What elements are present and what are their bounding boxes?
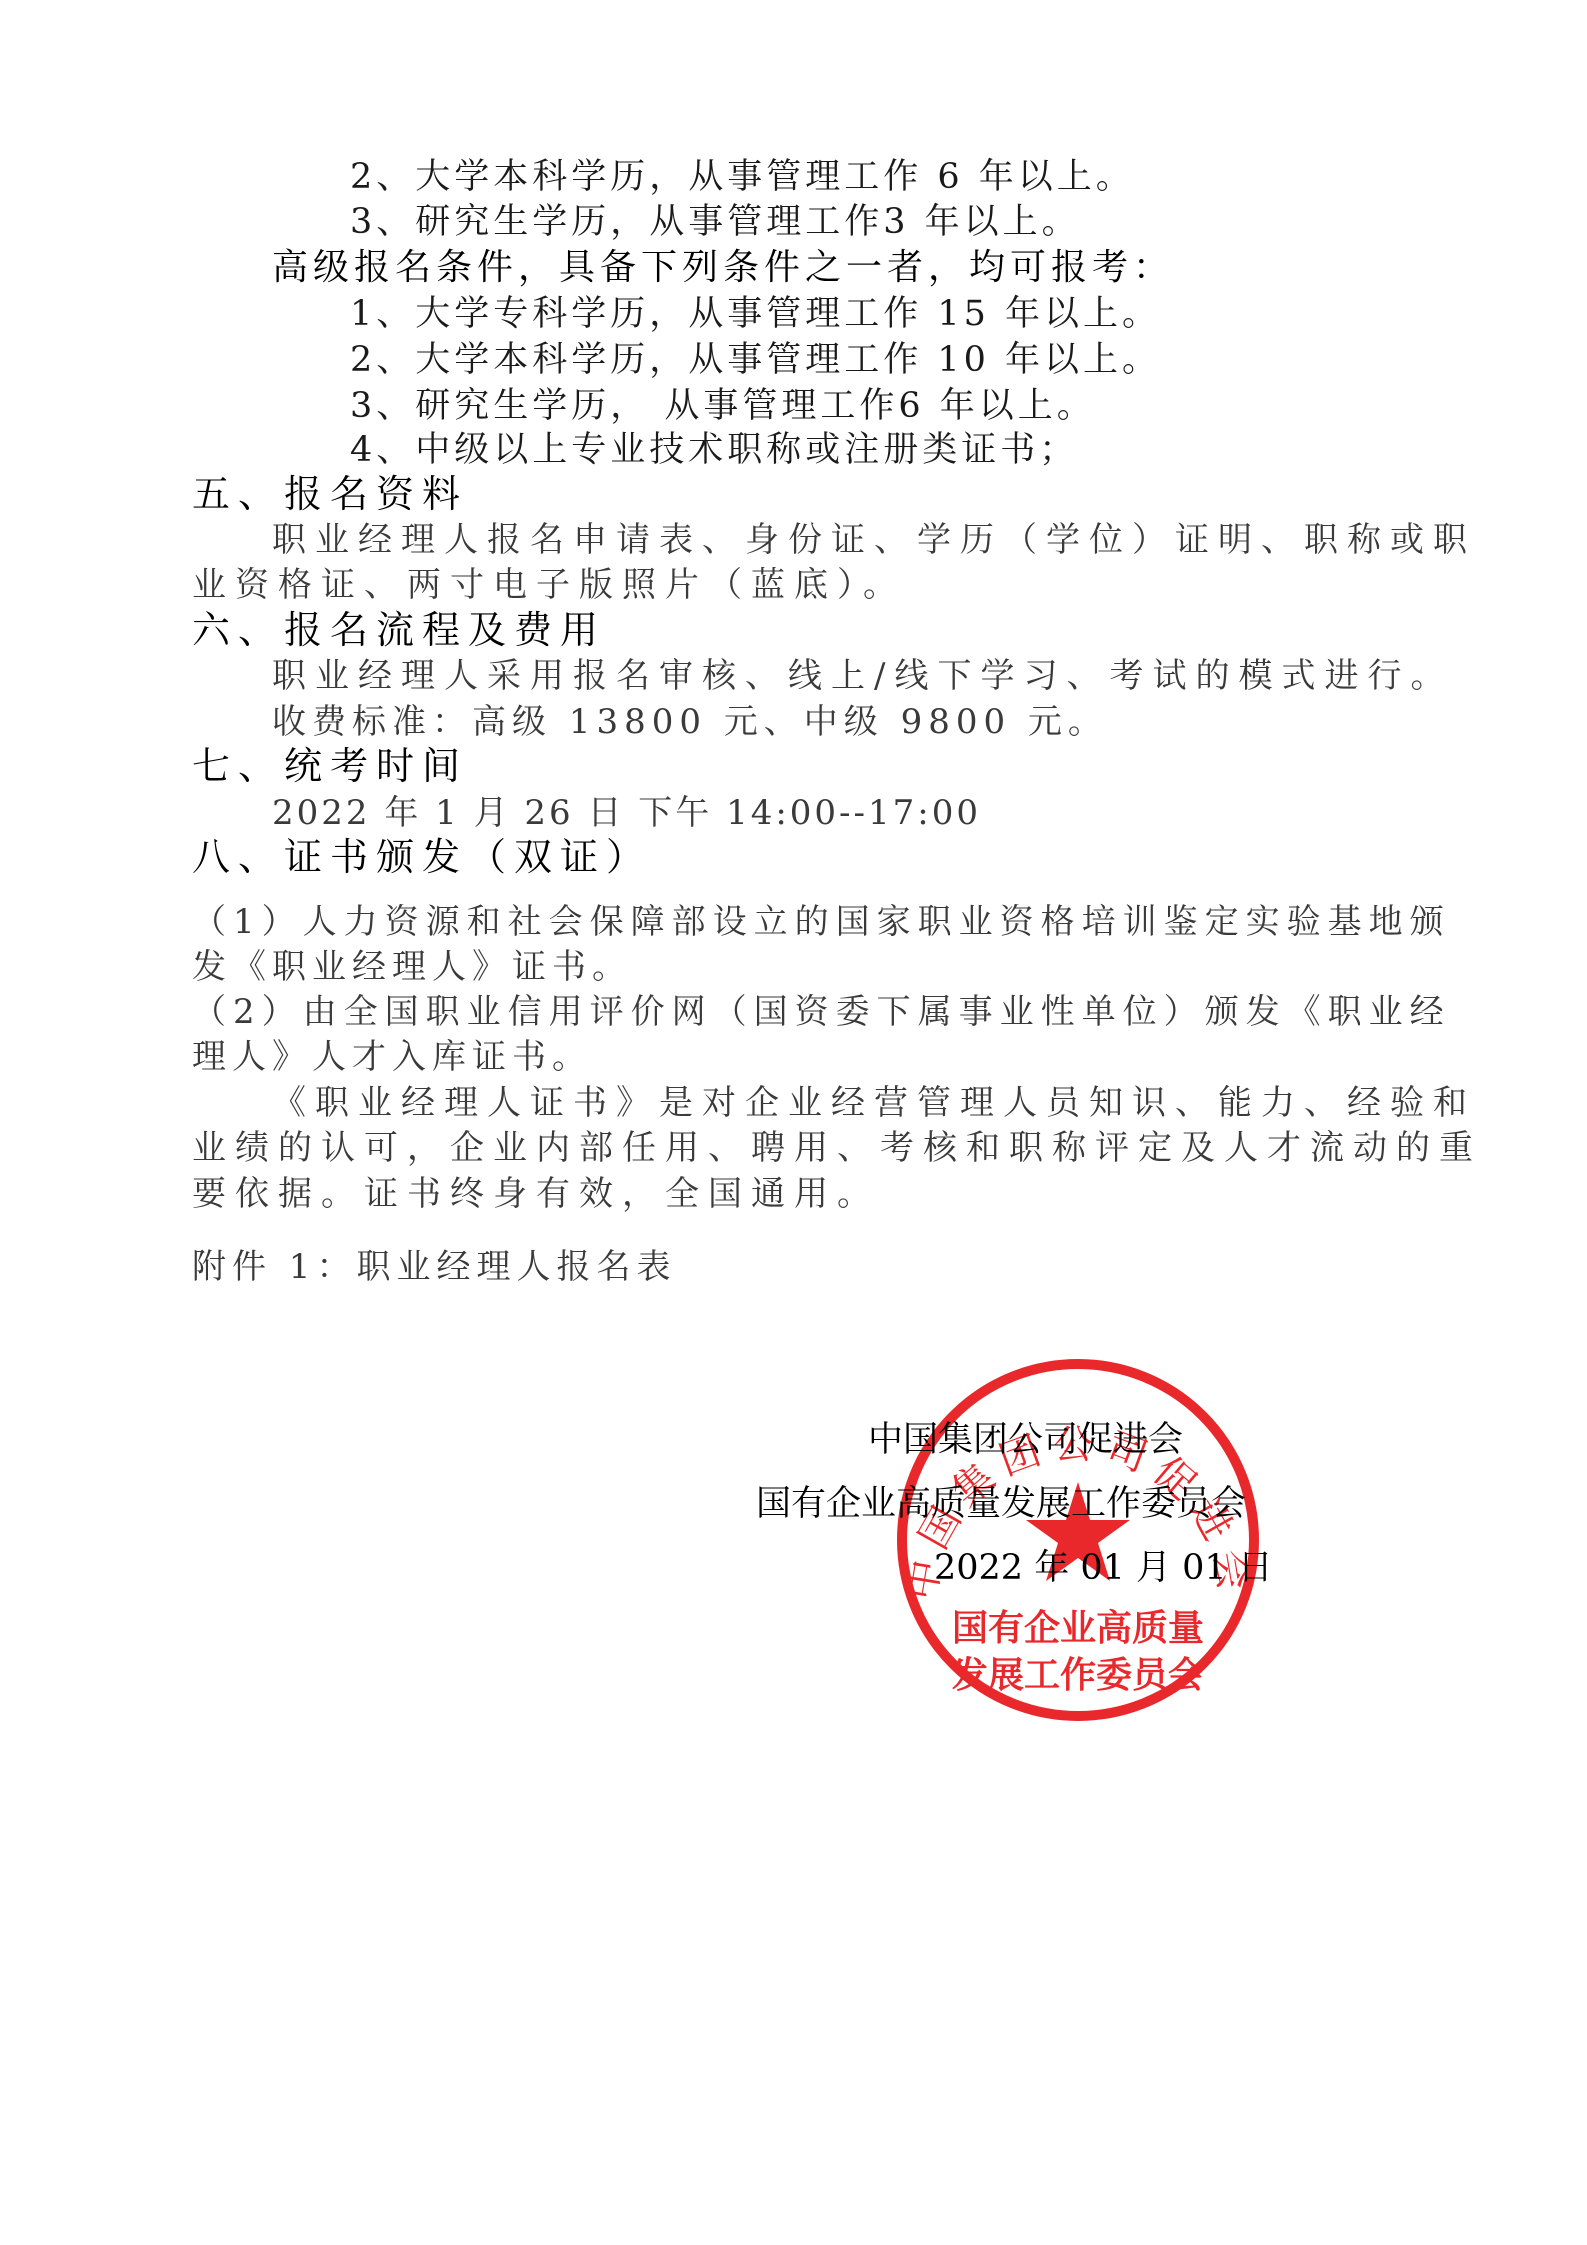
senior-item-3: 3、研究生学历， 从事管理工作6 年以上。 — [350, 384, 1096, 428]
section-heading-certificates: 八、证书颁发（双证） — [192, 835, 652, 879]
materials-line-2: 业资格证、两寸电子版照片（蓝底）。 — [192, 563, 906, 607]
document-page: 2、大学本科学历，从事管理工作 6 年以上。 3、研究生学历，从事管理工作3 年… — [0, 0, 1587, 2245]
seal-graphic: 中国集团公司促进会 国有企业高质量 发展工作委员会 — [878, 1350, 1278, 1725]
seal-center-line-2: 发展工作委员会 — [952, 1655, 1204, 1696]
intermediate-item-3: 3、研究生学历，从事管理工作3 年以上。 — [350, 200, 1081, 244]
certificate-line-4: 理人》人才入库证书。 — [192, 1035, 592, 1079]
materials-line-1: 职业经理人报名申请表、身份证、学历（学位）证明、职称或职 — [272, 518, 1476, 562]
signature-org-1: 中国集团公司促进会 — [868, 1418, 1183, 1462]
section-heading-process-fees: 六、报名流程及费用 — [192, 608, 606, 652]
attachment-note: 附件 1：职业经理人报名表 — [192, 1245, 676, 1289]
section-heading-exam-time: 七、统考时间 — [192, 744, 468, 788]
fees-line: 收费标准：高级 13800 元、中级 9800 元。 — [272, 700, 1108, 744]
senior-conditions-heading: 高级报名条件，具备下列条件之一者，均可报考： — [272, 246, 1174, 290]
official-seal: 中国集团公司促进会 国有企业高质量 发展工作委员会 — [878, 1350, 1278, 1725]
seal-center-line-1: 国有企业高质量 — [952, 1608, 1204, 1649]
intermediate-item-2: 2、大学本科学历，从事管理工作 6 年以上。 — [350, 155, 1135, 199]
section-heading-materials: 五、报名资料 — [192, 472, 468, 516]
senior-item-2: 2、大学本科学历，从事管理工作 10 年以上。 — [350, 338, 1161, 382]
certificate-line-3: （2）由全国职业信用评价网（国资委下属事业性单位）颁发《职业经 — [192, 990, 1451, 1034]
signature-org-2: 国有企业高质量发展工作委员会 — [756, 1482, 1246, 1526]
certificate-line-2: 发《职业经理人》证书。 — [192, 945, 632, 989]
certificate-line-1: （1）人力资源和社会保障部设立的国家职业资格培训鉴定实验基地颁 — [192, 900, 1451, 944]
certificate-line-6: 业绩的认可，企业内部任用、聘用、考核和职称评定及人才流动的重 — [192, 1126, 1482, 1170]
certificate-line-5: 《职业经理人证书》是对企业经营管理人员知识、能力、经验和 — [272, 1081, 1476, 1125]
senior-item-4: 4、中级以上专业技术职称或注册类证书； — [350, 428, 1078, 472]
process-line: 职业经理人采用报名审核、线上/线下学习、考试的模式进行。 — [272, 654, 1453, 698]
senior-item-1: 1、大学专科学历，从事管理工作 15 年以上。 — [350, 292, 1161, 336]
certificate-line-7: 要依据。证书终身有效，全国通用。 — [192, 1172, 880, 1216]
signature-date: 2022 年 01 月 01 日 — [934, 1546, 1273, 1590]
exam-time-line: 2022 年 1 月 26 日 下午 14:00--17:00 — [272, 791, 981, 835]
